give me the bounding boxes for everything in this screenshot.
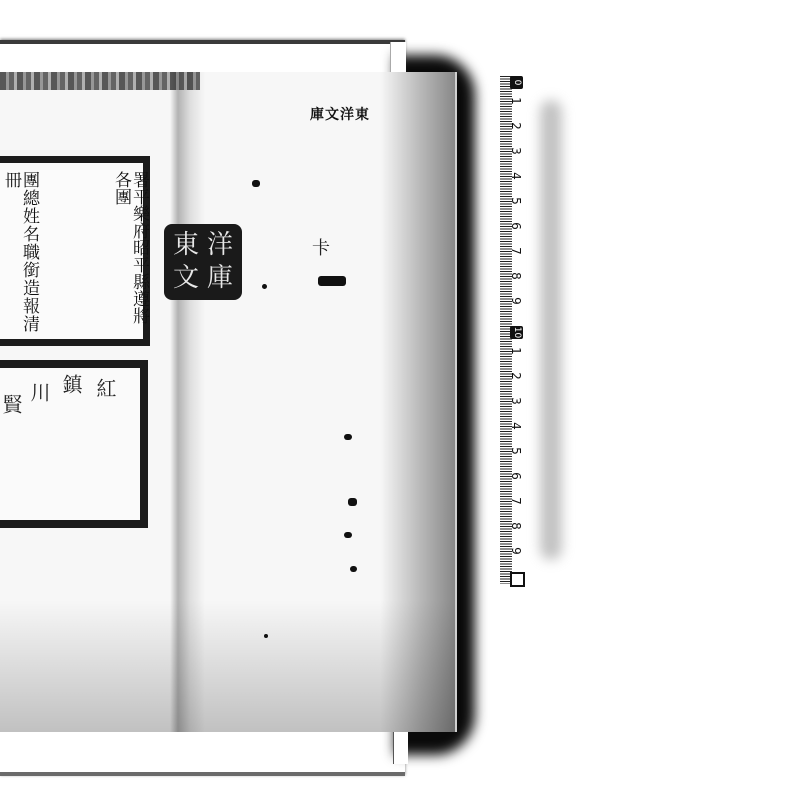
ruler-number: 9 [510, 544, 522, 558]
ruler-shadow [540, 100, 562, 560]
title-label: 署平樂府昭平縣遵將各團 團總姓名職銜造報清冊 [0, 156, 150, 346]
bottom-corner-flap [393, 732, 408, 764]
ruler-start-marker: 0 [510, 76, 523, 89]
sub-label: 紅 鎮 川 賢 [0, 360, 148, 528]
sub-label-char: 賢 [2, 394, 20, 420]
stray-character: 卡 [312, 234, 330, 260]
sub-label-char: 鎮 [62, 374, 80, 400]
ruler-number: 1 [510, 94, 522, 108]
ruler-number: 6 [510, 469, 522, 483]
ruler-number: 5 [510, 444, 522, 458]
scale-ruler: 012345678910123456789 [500, 76, 524, 584]
ruler-number: 5 [510, 194, 522, 208]
ruler-number: 1 [510, 344, 522, 358]
ruler-number: 3 [510, 144, 522, 158]
sub-label-char: 川 [30, 382, 48, 408]
ruler-number: 4 [510, 169, 522, 183]
top-corner-flap [390, 42, 406, 72]
seal-char: 東 [170, 230, 202, 261]
ruler-number: 8 [510, 519, 522, 533]
ruler-number: 8 [510, 269, 522, 283]
book-cover: 署平樂府昭平縣遵將各團 團總姓名職銜造報清冊 紅 鎮 川 賢 東 洋 文 庫 東… [0, 72, 457, 732]
red-seal-impression: 東 洋 文 庫 [164, 224, 242, 300]
ink-blot [350, 566, 357, 572]
ruler-number: 2 [510, 369, 522, 383]
ink-blot [252, 180, 260, 187]
seal-char: 庫 [204, 263, 236, 294]
ruler-end-marker [510, 572, 525, 587]
ruler-start-marker: 10 [510, 326, 523, 339]
ink-blot [262, 284, 267, 289]
ink-blot [318, 276, 346, 286]
ruler-number: 4 [510, 419, 522, 433]
ruler-number: 7 [510, 494, 522, 508]
ruler-number: 3 [510, 394, 522, 408]
worn-top-edge [0, 72, 200, 90]
ruler-number: 2 [510, 119, 522, 133]
ink-blot [344, 434, 352, 440]
seal-char: 洋 [204, 230, 236, 261]
library-stamp: 東洋文庫 [310, 104, 370, 124]
title-text-right: 署平樂府昭平縣遵將各團 [112, 171, 148, 339]
ink-blot [264, 634, 268, 638]
ink-blot [344, 532, 352, 538]
ink-blot [348, 498, 357, 506]
title-text-left: 團總姓名職銜造報清冊 [2, 171, 38, 339]
sub-label-char: 紅 [96, 378, 114, 404]
ruler-number: 7 [510, 244, 522, 258]
seal-char: 文 [170, 263, 202, 294]
ruler-number: 6 [510, 219, 522, 233]
ruler-number: 9 [510, 294, 522, 308]
